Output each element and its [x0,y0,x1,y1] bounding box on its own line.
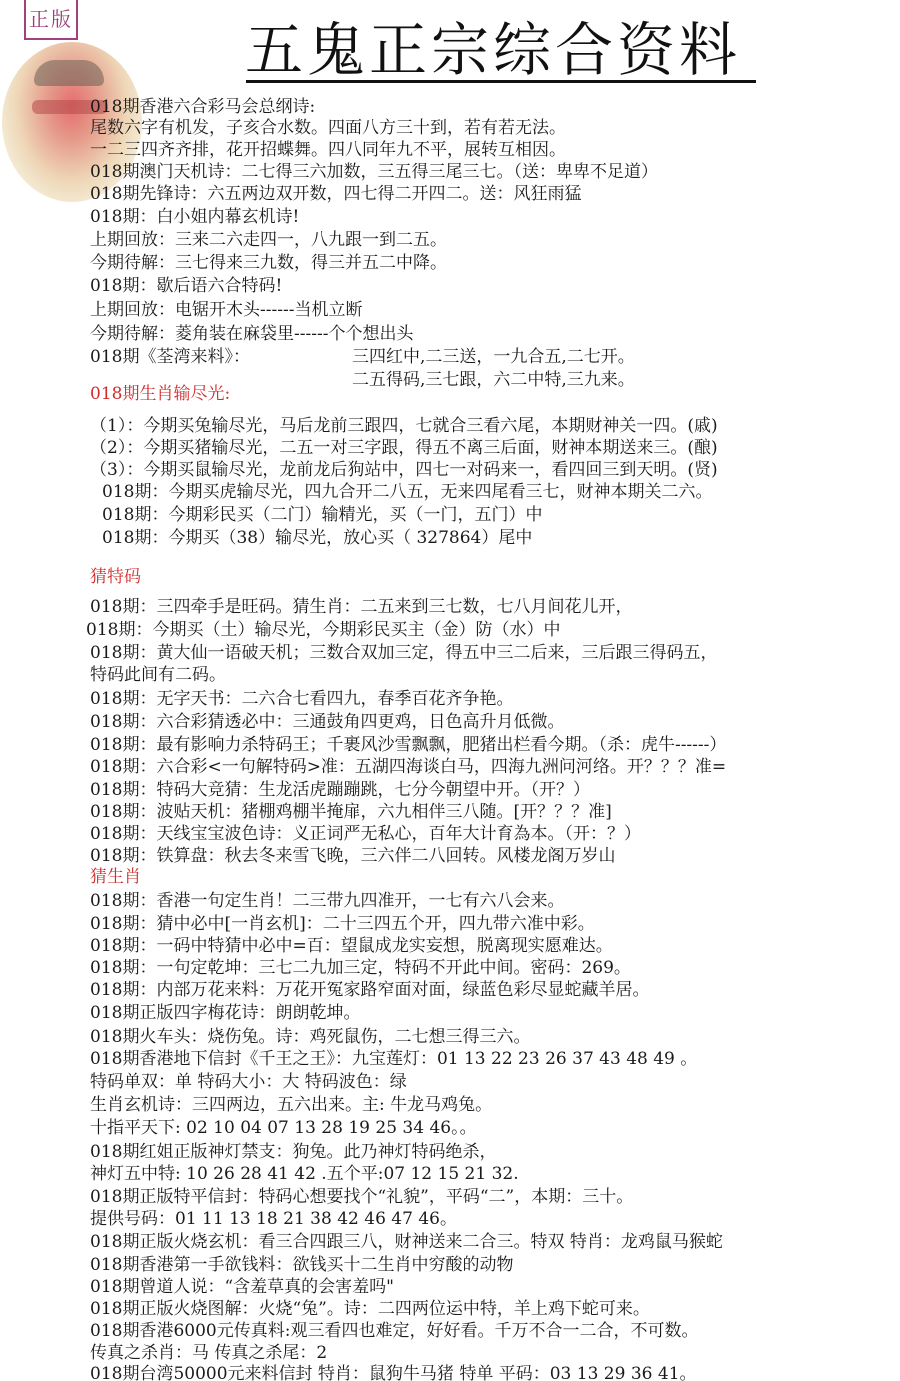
guess-zodiac-line: 018期：一码中特猜中必中=百：望鼠成龙实妄想，脱离现实愿难达。 [90,935,613,957]
zodiac-line: 018期：今期彩民买（二门）输精光，买（一门，五门）中 [102,504,542,526]
guess-code-line: 018期：波贴天机：猪棚鸡棚半掩扉，六九相伴三八随。[开？？？准] [90,801,612,823]
guess-zodiac-line: 传真之杀肖：马 传真之杀尾：2 [90,1342,327,1364]
intro-line: 二五得码,三七跟，六二中特,三九来。 [352,369,635,391]
intro-line: 今期待解：菱角装在麻袋里------个个想出头 [90,323,413,345]
guess-code-line: 018期：三四牵手是旺码。猜生肖：二五来到三七数，七八月间花儿开， [90,596,632,618]
guess-zodiac-line: 十指平天下: 02 10 04 07 13 28 19 25 34 46。。 [90,1117,477,1139]
guess-zodiac-line: 018期正版火烧玄机：看三合四跟三八，财神送来二合三。特双 特肖：龙鸡鼠马猴蛇 [90,1231,723,1253]
intro-line: 上期回放：三来二六走四一，八九跟一到二五。 [90,229,447,251]
zodiac-line: 018期：今期买虎输尽光，四九合开二八五，无来四尾看三七，财神本期关二六。 [102,481,712,503]
intro-line: 三四红中,二三送，一九合五,二七开。 [352,346,635,368]
portrait-hair [34,60,104,86]
intro-line: 尾数六字有机发，子亥合水数。四面八方三十到，若有若无法。 [90,117,566,139]
guess-zodiac-line: 018期香港第一手欲钱料：欲钱买十二生肖中穷酸的动物 [90,1254,513,1276]
guess-zodiac-line: 特码单双：单 特码大小：大 特码波色：绿 [90,1071,407,1093]
zodiac-line: 018期：今期买（38）输尽光，放心买（ 327864）尾中 [102,527,532,549]
intro-line: 上期回放：电锯开木头------当机立断 [90,299,362,321]
guess-zodiac-line: 018期：一句定乾坤：三七二九加三定，特码不开此中间。密码：269。 [90,957,631,979]
intro-line: 018期澳门天机诗：二七得三六加数，三五得三尾三七。（送：卑卑不足道） [90,161,658,183]
genuine-badge: 正版 [24,0,78,40]
title-underline [246,80,756,83]
guess-code-line: 特码此间有二码。 [90,664,226,686]
guess-code-line: 018期：天线宝宝波色诗：义正词严无私心，百年大计育為本。（开：？） [90,823,641,845]
guess-code-line: 018期：无字天书：二六合七看四九，春季百花齐争艳。 [90,688,513,710]
guess-zodiac-line: 018期台湾50000元来料信封 特肖：鼠狗牛马猪 特单 平码：03 13 29… [90,1363,697,1381]
guess-zodiac-line: 018期正版特平信封：特码心想要找个“礼貌”，平码“二”，本期：三十。 [90,1186,633,1208]
guess-zodiac-line: 018期曾道人说：“含羞草真的会害羞吗" [90,1276,394,1298]
guess-zodiac-line: 018期：内部万花来料：万花开冤家路窄面对面，绿蓝色彩尽显蛇藏羊居。 [90,979,649,1001]
intro-line: 018期《荃湾来料》： [90,346,250,368]
guess-zodiac-line: 神灯五中特: 10 26 28 41 42 .五个平:07 12 15 21 3… [90,1163,519,1185]
guess-code-line: 018期：六合彩猜透必中：三通鼓角四更鸡，日色高升月低微。 [90,711,564,733]
intro-line: 018期：白小姐内幕玄机诗! [90,206,299,228]
zodiac-line: （2）：今期买猪输尽光，二五一对三字跟，得五不离三后面，财神本期送来三。(酿) [90,437,718,459]
guess-code-line: 018期：特码大竞猜：生龙活虎蹦蹦跳，七分今朝望中开。（开？） [90,779,590,801]
intro-line: 018期：歇后语六合特码! [90,275,282,297]
guess-code-line: 018期：铁算盘：秋去冬来雪飞晚，三六伴二八回转。风楼龙阁万岁山 [90,845,615,867]
intro-line: 今期待解：三七得来三九数，得三并五二中降。 [90,252,447,274]
section-heading-guess-code: 猜特码 [90,566,141,588]
guess-zodiac-line: 018期正版火烧图解：火烧“兔”。诗：二四两位运中特，羊上鸡下蛇可来。 [90,1298,650,1320]
intro-line: 018期先锋诗：六五两边双开数，四七得二开四二。送：风狂雨猛 [90,183,581,205]
guess-code-line: 018期：今期买（土）输尽光，今期彩民买主（金）防（水）中 [86,619,560,641]
guess-zodiac-line: 018期：猜中必中[一肖玄机]：二十三四五个开，四九带六准中彩。 [90,913,595,935]
guess-code-line: 018期：六合彩<一句解特码>准：五湖四海谈白马，四海九洲问河络。开？？？准= [90,756,726,778]
guess-zodiac-line: 018期火车头：烧伤兔。诗：鸡死鼠伤，二七想三得三六。 [90,1026,530,1048]
zodiac-line: （1）：今期买兔输尽光，马后龙前三跟四，七就合三看六尾，本期财神关一四。(戚) [90,415,718,437]
intro-line: 一二三四齐齐排，花开招蝶舞。四八同年九不平，展转互相因。 [90,139,566,161]
zodiac-line: （3）：今期买鼠输尽光，龙前龙后狗站中，四七一对码来一，看四回三到天明。(贤) [90,459,718,481]
guess-code-line: 018期：黄大仙一语破天机；三数合双加三定，得五中三二后来，三后跟三得码五， [90,642,717,664]
guess-zodiac-line: 018期香港6000元传真料:观三看四也难定，好好看。千万不合一二合，不可数。 [90,1320,698,1342]
guess-zodiac-line: 生肖玄机诗：三四两边，五六出来。主: 牛龙马鸡兔。 [90,1094,492,1116]
intro-line: 018期香港六合彩马会总纲诗: [90,96,315,118]
guess-zodiac-line: 018期红姐正版神灯禁支：狗兔。此乃神灯特码绝杀， [90,1141,496,1163]
page-title: 五鬼正宗综合资料 [245,18,741,82]
guess-code-line: 018期：最有影响力杀特码王；千裹风沙雪飘飘，肥猪出栏看今期。（杀：虎牛----… [90,734,726,756]
guess-zodiac-line: 018期：香港一句定生肖！二三带九四准开，一七有六八会来。 [90,890,564,912]
guess-zodiac-line: 018期正版四字梅花诗：朗朗乾坤。 [90,1002,360,1024]
guess-zodiac-line: 提供号码：01 11 13 18 21 38 42 46 47 46。 [90,1208,457,1230]
section-heading-guess-zodiac: 猜生肖 [90,866,141,888]
section-heading-zodiac: 018期生肖输尽光: [90,383,230,405]
guess-zodiac-line: 018期香港地下信封《千王之王》：九宝莲灯：01 13 22 23 26 37 … [90,1048,697,1070]
